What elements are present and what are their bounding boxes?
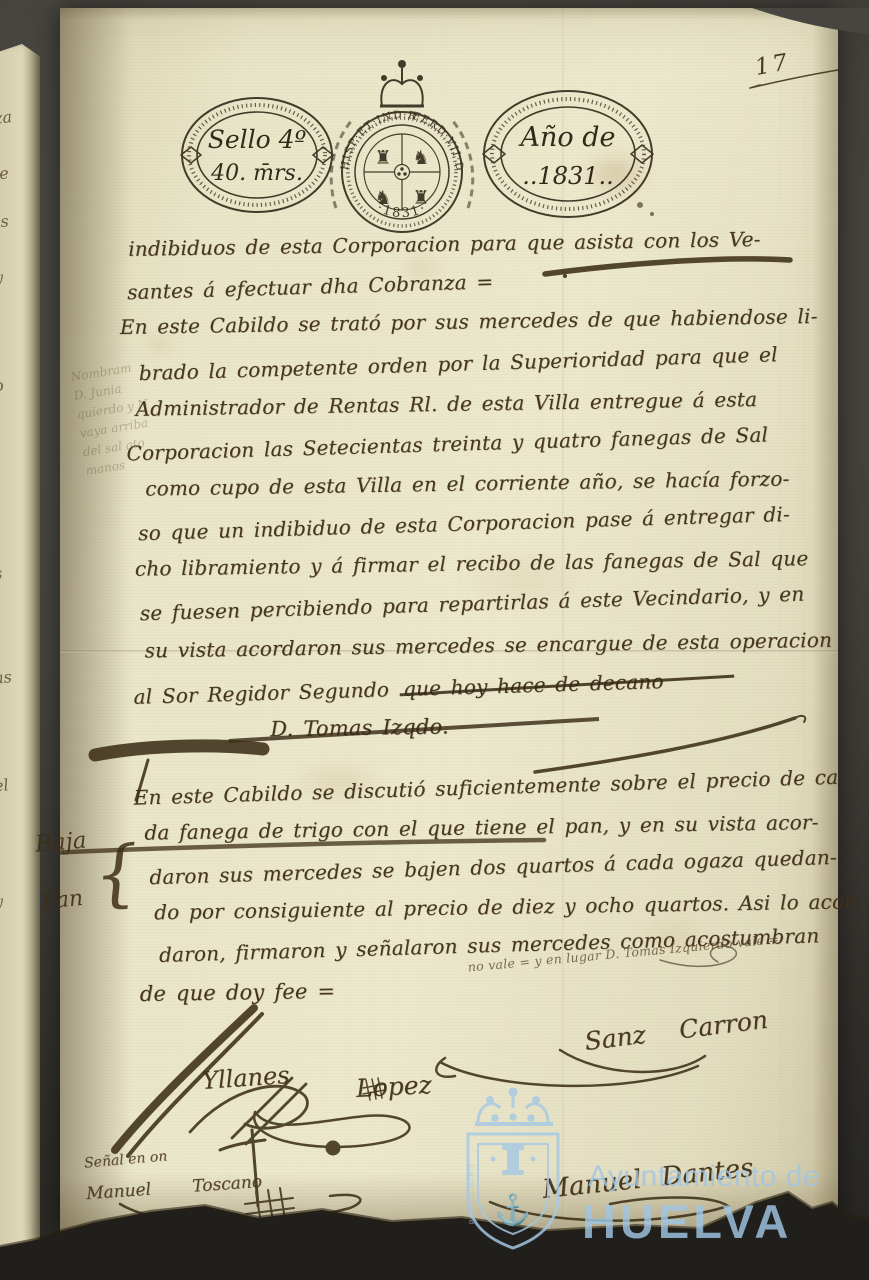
bleed-text-fragment: le [0,163,10,183]
manuscript-line: se fuesen percibiendo para repartirlas á… [139,582,804,626]
manuscript-phrase: al Sor Regidor Segundo [133,677,389,709]
signature-lopez: Lopez [355,1070,432,1103]
manuscript-line: Administrador de Rentas Rl. de esta Vill… [135,387,757,421]
bleed-text-fragment: za [0,107,13,128]
manuscript-line: so que un indibiduo de esta Corporacion … [138,502,790,545]
manuscript-line: do por consiguiente al precio de diez y … [154,889,861,924]
margin-brace: { [90,829,143,917]
margin-note-word: Pan [41,886,84,914]
manuscript-text-block: indibiduos de esta Corporacion para que … [55,0,858,1233]
bleed-text-fragment: as [0,667,13,688]
manuscript-line: En este Cabildo se trató por sus mercede… [120,304,818,339]
manuscript-line: da fanega de trigo con el que tiene el p… [144,810,818,845]
manuscript-line: daron sus mercedes se bajen dos quartos … [149,845,837,889]
manuscript-line: su vista acordaron sus mercedes se encar… [144,628,832,663]
document-page: 17 Sello 4º 40. m̄rs. [60,8,838,1233]
bleed-text-fragment: o [0,376,5,396]
struck-name: D. Tomas Izqdo. [270,714,449,741]
bleed-text-fragment: s [0,564,3,584]
manuscript-line: brado la competente orden por la Superio… [138,342,777,385]
bleed-text-fragment: ts [0,211,10,231]
bleed-text-fragment: y [0,268,4,288]
manuscript-line: santes á efectuar dha Cobranza = [127,269,494,304]
bleed-text-fragment: t [0,60,1,80]
bleed-text-fragment: y [0,892,4,912]
bleed-text-fragment: el [0,775,10,795]
manuscript-line: como cupo de esta Villa en el corriente … [145,466,790,500]
manuscript-line-with-strikethrough: al Sor Regidor Segundoque hoy hace de de… [133,669,664,709]
struck-phrase: que hoy hace de decano [403,669,664,701]
margin-note-word: Baja [34,828,88,858]
archival-photo-backdrop: t za le ts y o s as el y 17 [0,0,869,1280]
previous-page-edge: t za le ts y o s as el y [0,44,40,1280]
closing-formula: de que doy fee = [140,979,336,1006]
manuscript-line: indibiduos de esta Corporacion para que … [128,227,761,261]
manuscript-line: cho libramiento y á firmar el recibo de … [135,546,809,581]
manuscript-line: Corporacion las Setecientas treinta y qu… [126,422,768,465]
manuscript-line: En este Cabildo se discutió suficienteme… [133,765,845,810]
